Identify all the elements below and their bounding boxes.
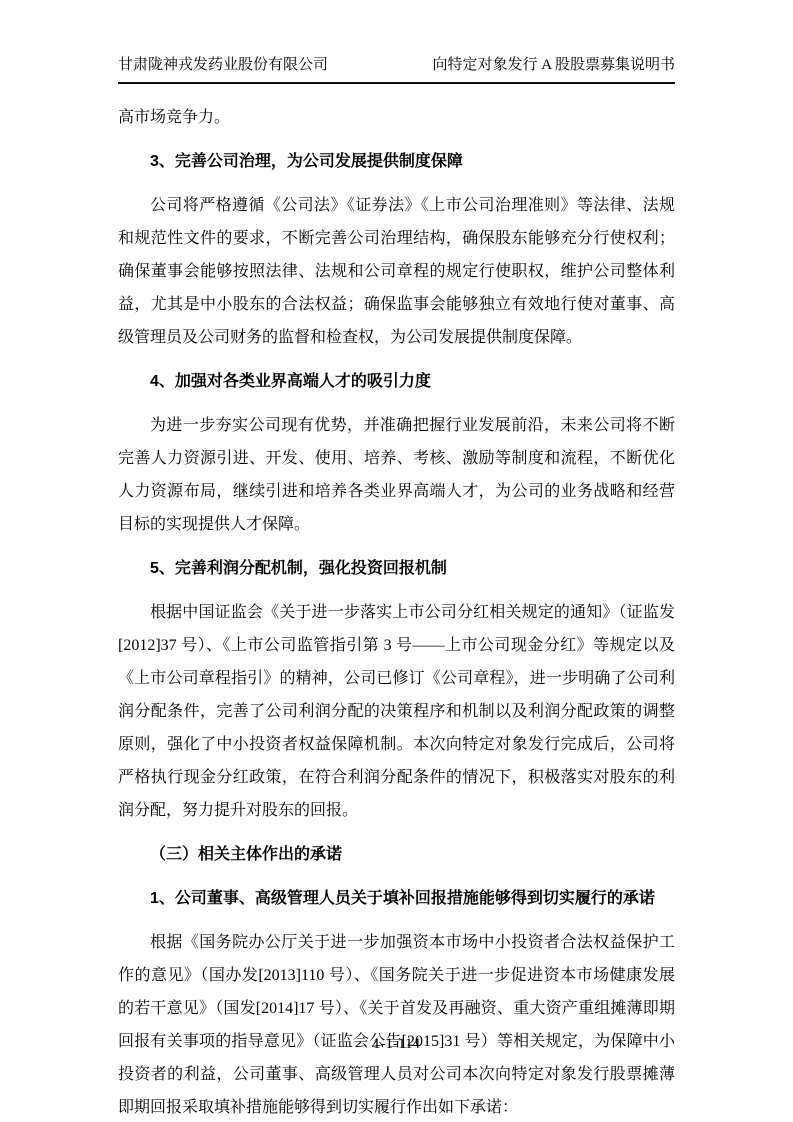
section-heading-governance: 3、完善公司治理，为公司发展提供制度保障 (118, 145, 675, 178)
header-company-name: 甘肃陇神戎发药业股份有限公司 (118, 55, 328, 76)
section-heading-commitments: （三）相关主体作出的承诺 (118, 838, 675, 871)
paragraph-governance: 公司将严格遵循《公司法》《证券法》《上市公司治理准则》等法律、法规和规范性文件的… (118, 189, 675, 354)
document-page: 甘肃陇神戎发药业股份有限公司 向特定对象发行 A 股股票募集说明书 高市场竞争力… (0, 0, 793, 1122)
paragraph-continuation: 高市场竞争力。 (118, 101, 675, 134)
header-document-title: 向特定对象发行 A 股股票募集说明书 (432, 55, 675, 76)
section-heading-profit-distribution: 5、完善利润分配机制，强化投资回报机制 (118, 552, 675, 585)
page-number: 1-1-114 (373, 1036, 420, 1052)
paragraph-director-commitment: 根据《国务院办公厅关于进一步加强资本市场中小投资者合法权益保护工作的意见》（国办… (118, 926, 675, 1122)
section-heading-director-commitment: 1、公司董事、高级管理人员关于填补回报措施能够得到切实履行的承诺 (118, 882, 675, 915)
paragraph-profit-distribution: 根据中国证监会《关于进一步落实上市公司分红相关规定的通知》（证监发[2012]3… (118, 596, 675, 827)
section-heading-talent: 4、加强对各类业界高端人才的吸引力度 (118, 365, 675, 398)
document-body: 高市场竞争力。 3、完善公司治理，为公司发展提供制度保障 公司将严格遵循《公司法… (118, 101, 675, 1122)
page-header: 甘肃陇神戎发药业股份有限公司 向特定对象发行 A 股股票募集说明书 (118, 55, 675, 84)
paragraph-talent: 为进一步夯实公司现有优势，并准确把握行业发展前沿，未来公司将不断完善人力资源引进… (118, 409, 675, 541)
page-footer: 1-1-114 (0, 1036, 793, 1053)
